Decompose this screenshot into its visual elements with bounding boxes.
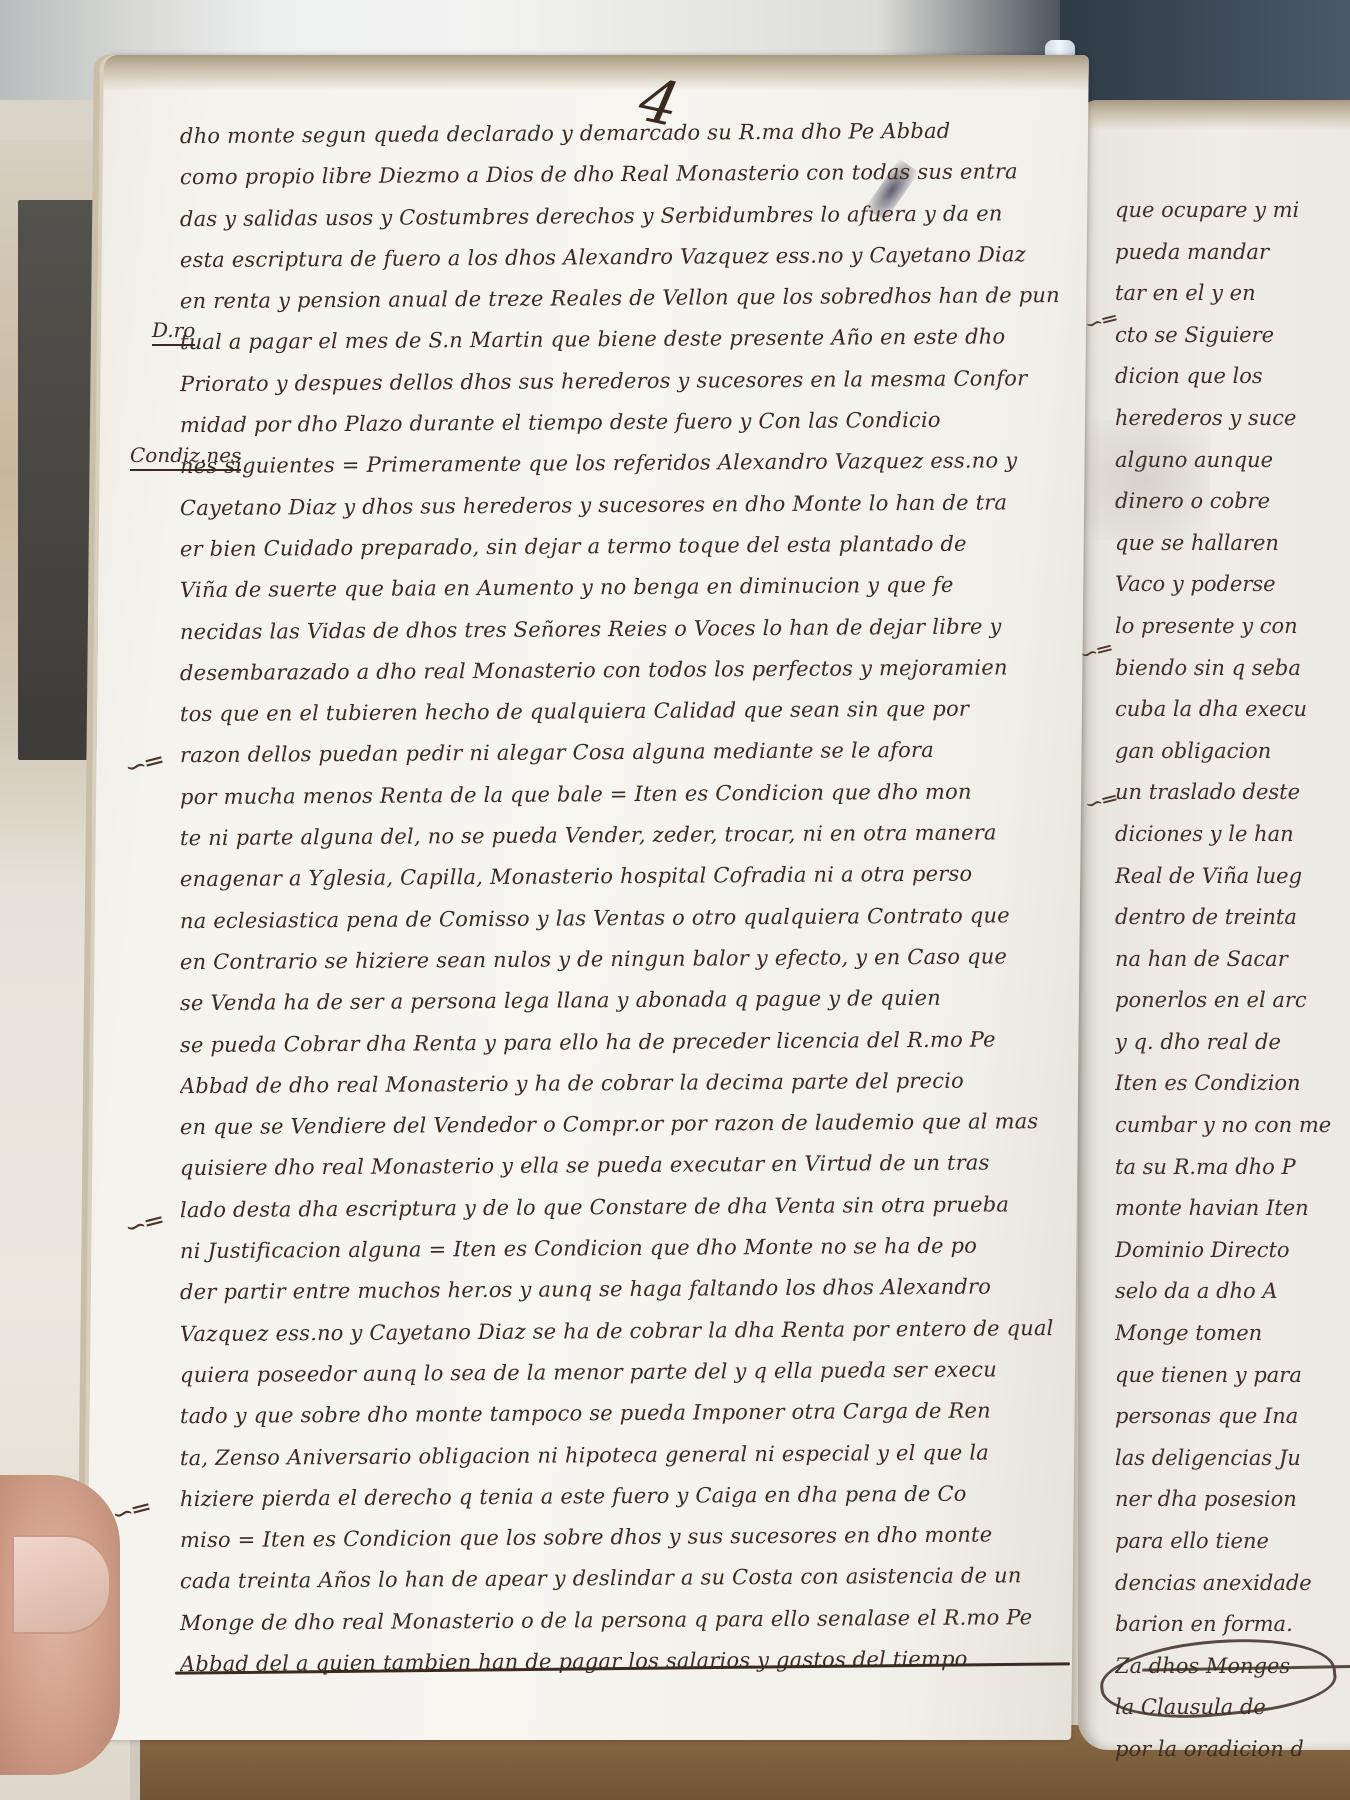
text-line: quiera poseedor aunq lo sea de la menor …	[180, 1349, 1080, 1397]
text-line: Vaco y poderse	[1115, 564, 1350, 606]
text-line: Abbad del a quien tambien han de pagar l…	[180, 1638, 1080, 1686]
left-page-text: dho monte segun queda declarado y demarc…	[180, 113, 1080, 1682]
right-page-text: que ocupare y mi pueda mandar tar en el …	[1115, 190, 1350, 1771]
text-line: que ocupare y mi	[1115, 190, 1350, 232]
text-line: cto se Siguiere	[1115, 315, 1350, 357]
text-line: midad por dho Plazo durante el tiempo de…	[180, 399, 1080, 447]
text-line: na han de Sacar	[1115, 939, 1350, 981]
text-line: cumbar y no con me	[1115, 1105, 1350, 1147]
thumb-nail	[12, 1535, 111, 1634]
text-line: como propio libre Diezmo a Dios de dho R…	[180, 151, 1080, 199]
text-line: un traslado deste	[1115, 772, 1350, 814]
text-line: nes siguientes = Primeramente que los re…	[180, 440, 1080, 488]
text-line: personas que Ina	[1115, 1396, 1350, 1438]
text-line: por mucha menos Renta de la que bale = I…	[180, 771, 1080, 819]
text-line: en Contrario se hiziere sean nulos y de …	[180, 936, 1080, 984]
text-line: selo da a dho A	[1115, 1271, 1350, 1313]
text-line: miso = Iten es Condicion que los sobre d…	[180, 1514, 1080, 1562]
text-line: hiziere pierda el derecho q tenia a este…	[180, 1473, 1080, 1521]
text-line: lado desta dha escriptura y de lo que Co…	[180, 1184, 1080, 1232]
text-line: der partir entre muchos her.os y aunq se…	[180, 1266, 1080, 1314]
text-line: en que se Vendiere del Vendedor o Compr.…	[180, 1101, 1080, 1149]
text-line: te ni parte alguna del, no se pueda Vend…	[180, 812, 1080, 860]
text-line: tos que en el tubieren hecho de qualquie…	[180, 688, 1080, 736]
text-line: tado y que sobre dho monte tampoco se pu…	[180, 1390, 1080, 1438]
text-line: las deligencias Ju	[1115, 1438, 1350, 1480]
text-line: se pueda Cobrar dha Renta y para ello ha…	[180, 1018, 1080, 1066]
text-line: ta, Zenso Aniversario obligacion ni hipo…	[180, 1431, 1080, 1479]
text-line: herederos y suce	[1115, 398, 1350, 440]
text-line: dinero o cobre	[1115, 481, 1350, 523]
text-line: monte havian Iten	[1115, 1188, 1350, 1230]
text-line: dho monte segun queda declarado y demarc…	[180, 110, 1080, 158]
text-line: na eclesiastica pena de Comisso y las Ve…	[180, 894, 1080, 942]
text-line: dencias anexidade	[1115, 1563, 1350, 1605]
text-line: necidas las Vidas de dhos tres Señores R…	[180, 605, 1080, 653]
text-line: alguno aunque	[1115, 440, 1350, 482]
text-line: Iten es Condizion	[1115, 1063, 1350, 1105]
text-line: Priorato y despues dellos dhos sus hered…	[180, 358, 1080, 406]
text-line: para ello tiene	[1115, 1521, 1350, 1563]
text-line: pueda mandar	[1115, 232, 1350, 274]
text-line: tual a pagar el mes de S.n Martin que bi…	[180, 316, 1080, 364]
text-line: das y salidas usos y Costumbres derechos…	[180, 192, 1080, 240]
text-line: cada treinta Años lo han de apear y desl…	[180, 1555, 1080, 1603]
text-line: Real de Viña lueg	[1115, 856, 1350, 898]
text-line: en renta y pension anual de treze Reales…	[180, 275, 1080, 323]
text-line: quisiere dho real Monasterio y ella se p…	[180, 1142, 1080, 1190]
background-binder	[18, 200, 98, 760]
text-line: Dominio Directo	[1115, 1230, 1350, 1272]
text-line: ponerlos en el arc	[1115, 980, 1350, 1022]
text-line: dicion que los	[1115, 356, 1350, 398]
text-line: Viña de suerte que baia en Aumento y no …	[180, 564, 1080, 612]
text-line: Monge tomen	[1115, 1313, 1350, 1355]
text-line: tar en el y en	[1115, 273, 1350, 315]
text-line: que se hallaren	[1115, 523, 1350, 565]
text-line: Cayetano Diaz y dhos sus herederos y suc…	[180, 482, 1080, 530]
text-line: Vazquez ess.no y Cayetano Diaz se ha de …	[180, 1307, 1080, 1355]
text-line: razon dellos puedan pedir ni alegar Cosa…	[180, 729, 1080, 777]
text-line: y q. dho real de	[1115, 1022, 1350, 1064]
text-line: dentro de treinta	[1115, 897, 1350, 939]
text-line: cuba la dha execu	[1115, 689, 1350, 731]
text-line: ta su R.ma dho P	[1115, 1147, 1350, 1189]
text-line: gan obligacion	[1115, 731, 1350, 773]
text-line: Monge de dho real Monasterio o de la per…	[180, 1597, 1080, 1645]
text-line: er bien Cuidado preparado, sin dejar a t…	[180, 523, 1080, 571]
text-line: lo presente y con	[1115, 606, 1350, 648]
text-line: se Venda ha de ser a persona lega llana …	[180, 977, 1080, 1025]
text-line: biendo sin q seba	[1115, 648, 1350, 690]
text-line: Abbad de dho real Monasterio y ha de cob…	[180, 1060, 1080, 1108]
text-line: esta escriptura de fuero a los dhos Alex…	[180, 234, 1080, 282]
text-line: ni Justificacion alguna = Iten es Condic…	[180, 1225, 1080, 1273]
text-line: desembarazado a dho real Monasterio con …	[180, 647, 1080, 695]
text-line: por la oradicion d	[1115, 1729, 1350, 1771]
text-line: ner dha posesion	[1115, 1479, 1350, 1521]
text-line: diciones y le han	[1115, 814, 1350, 856]
text-line: que tienen y para	[1115, 1355, 1350, 1397]
text-line: enagenar a Yglesia, Capilla, Monasterio …	[180, 853, 1080, 901]
